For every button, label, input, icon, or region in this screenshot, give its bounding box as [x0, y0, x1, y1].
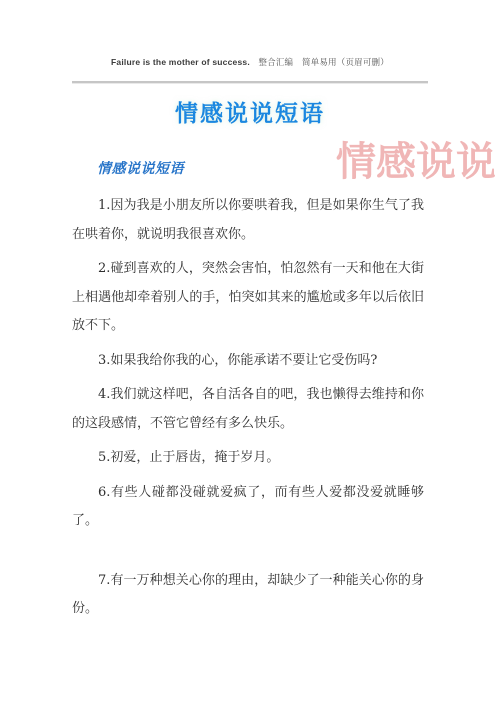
- document-page: Failure is the mother of success. 整合汇编 简…: [0, 0, 500, 708]
- quote-paragraph-7: 7.有一万种想关心你的理由，却缺少了一种能关心你的身份。: [72, 567, 424, 624]
- page-header-note: Failure is the mother of success. 整合汇编 简…: [0, 56, 500, 68]
- quote-paragraph-2: 2.碰到喜欢的人，突然会害怕，怕忽然有一天和他在大街上相遇他却牵着别人的手，怕突…: [72, 255, 424, 341]
- quote-paragraph-4: 4.我们就这样吧，各自活各自的吧，我也懒得去维持和你的这段感情，不管它曾经有多么…: [72, 381, 424, 438]
- quote-paragraph-6: 6.有些人碰都没碰就爱疯了，而有些人爱都没爱就睡够了。: [72, 479, 424, 536]
- page-title: 情感说说短语: [0, 95, 500, 128]
- quote-paragraph-5: 5.初爱，止于唇齿，掩于岁月。: [72, 444, 424, 473]
- section-heading: 情感说说短语: [97, 158, 184, 178]
- content-body: 1.因为我是小朋友所以你要哄着我，但是如果你生气了我在哄着你，就说明我很喜欢你。…: [72, 192, 424, 630]
- header-motto-en: Failure is the mother of success.: [111, 57, 250, 67]
- quote-paragraph-1: 1.因为我是小朋友所以你要哄着我，但是如果你生气了我在哄着你，就说明我很喜欢你。: [72, 192, 424, 249]
- header-divider: [72, 81, 428, 84]
- watermark-text: 情感说说: [336, 139, 496, 185]
- quote-paragraph-3: 3.如果我给你我的心，你能承诺不要让它受伤吗?: [72, 347, 424, 376]
- header-note-zh: 整合汇编 简单易用（页眉可删）: [258, 57, 389, 67]
